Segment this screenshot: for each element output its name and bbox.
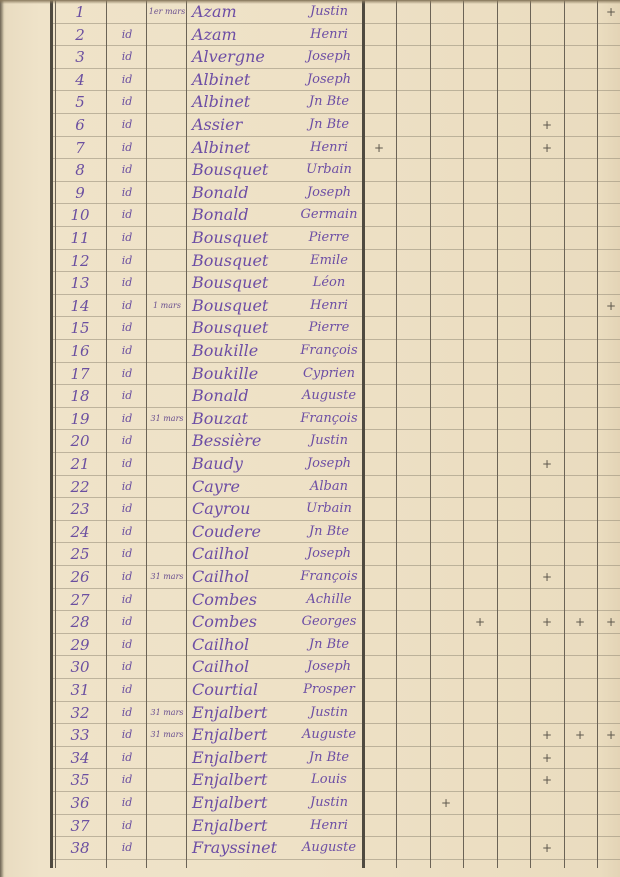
tally-cross-mark: + (542, 617, 552, 627)
tally-cross-mark: + (542, 120, 552, 130)
tally-cross-mark: + (441, 798, 451, 808)
tally-cross-mark: + (606, 730, 616, 740)
tally-cross-mark: + (542, 753, 552, 763)
tally-cross-mark: + (575, 617, 585, 627)
tally-cross-mark: + (606, 7, 616, 17)
tally-cross-mark: + (606, 301, 616, 311)
tally-cross-mark: + (542, 143, 552, 153)
tally-cross-mark: + (374, 143, 384, 153)
tally-cross-mark: + (475, 617, 485, 627)
tally-cross-mark: + (542, 843, 552, 853)
tally-cross-mark: + (575, 730, 585, 740)
tally-marks: ++++++++++++++++++ (0, 0, 620, 877)
tally-cross-mark: + (606, 617, 616, 627)
page-top-shadow (0, 0, 620, 4)
tally-cross-mark: + (542, 572, 552, 582)
tally-cross-mark: + (542, 775, 552, 785)
tally-cross-mark: + (542, 730, 552, 740)
tally-cross-mark: + (542, 459, 552, 469)
